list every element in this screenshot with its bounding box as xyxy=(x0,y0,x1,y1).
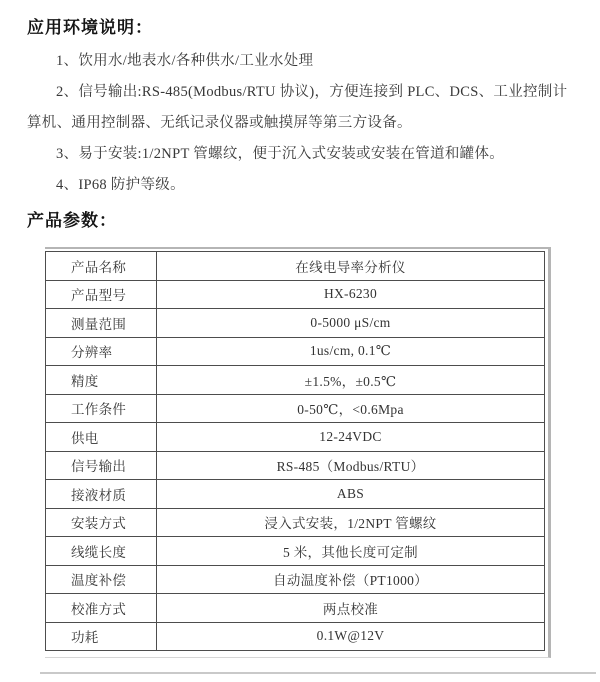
param-value-cell: HX-6230 xyxy=(157,280,545,309)
table-row: 分辨率1us/cm, 0.1℃ xyxy=(46,337,545,366)
param-value-cell: ±1.5%，±0.5℃ xyxy=(157,366,545,395)
table-row: 产品型号HX-6230 xyxy=(46,280,545,309)
param-label-cell: 安装方式 xyxy=(46,508,157,537)
param-label-cell: 校准方式 xyxy=(46,594,157,623)
document-page: 应用环境说明： 1、饮用水/地表水/各种供水/工业水处理2、信号输出:RS-48… xyxy=(0,0,600,682)
list-item: 4、IP68 防护等级。 xyxy=(27,170,575,201)
parameters-table: 产品名称在线电导率分析仪产品型号HX-6230测量范围0-5000 μS/cm分… xyxy=(45,251,545,651)
param-value-cell: ABS xyxy=(157,480,545,509)
table-row: 信号输出RS-485（Modbus/RTU） xyxy=(46,451,545,480)
param-label-cell: 精度 xyxy=(46,366,157,395)
param-value-cell: 5 米，其他长度可定制 xyxy=(157,537,545,566)
param-label-cell: 测量范围 xyxy=(46,309,157,338)
list-item: 2、信号输出:RS-485(Modbus/RTU 协议)，方便连接到 PLC、D… xyxy=(27,77,575,139)
param-value-cell: 0-5000 μS/cm xyxy=(157,309,545,338)
bottom-divider xyxy=(40,672,596,674)
param-label-cell: 产品型号 xyxy=(46,280,157,309)
table-row: 功耗0.1W@12V xyxy=(46,622,545,651)
table-row: 安装方式浸入式安装，1/2NPT 管螺纹 xyxy=(46,508,545,537)
param-value-cell: 0-50℃，<0.6Mpa xyxy=(157,394,545,423)
param-label-cell: 温度补偿 xyxy=(46,565,157,594)
param-label-cell: 产品名称 xyxy=(46,252,157,281)
table-row: 校准方式两点校准 xyxy=(46,594,545,623)
param-value-cell: 12-24VDC xyxy=(157,423,545,452)
param-label-cell: 接液材质 xyxy=(46,480,157,509)
param-label-cell: 线缆长度 xyxy=(46,537,157,566)
table-row: 接液材质ABS xyxy=(46,480,545,509)
section-title-parameters: 产品参数： xyxy=(27,209,575,233)
section-title-environment: 应用环境说明： xyxy=(27,16,575,40)
param-value-cell: RS-485（Modbus/RTU） xyxy=(157,451,545,480)
param-value-cell: 自动温度补偿（PT1000） xyxy=(157,565,545,594)
table-row: 线缆长度5 米，其他长度可定制 xyxy=(46,537,545,566)
param-label-cell: 分辨率 xyxy=(46,337,157,366)
param-value-cell: 在线电导率分析仪 xyxy=(157,252,545,281)
table-row: 测量范围0-5000 μS/cm xyxy=(46,309,545,338)
param-label-cell: 信号输出 xyxy=(46,451,157,480)
table-row: 产品名称在线电导率分析仪 xyxy=(46,252,545,281)
list-item: 3、易于安装:1/2NPT 管螺纹，便于沉入式安装或安装在管道和罐体。 xyxy=(27,139,575,170)
param-value-cell: 0.1W@12V xyxy=(157,622,545,651)
table-row: 精度±1.5%，±0.5℃ xyxy=(46,366,545,395)
environment-list: 1、饮用水/地表水/各种供水/工业水处理2、信号输出:RS-485(Modbus… xyxy=(27,46,575,201)
param-value-cell: 1us/cm, 0.1℃ xyxy=(157,337,545,366)
param-value-cell: 两点校准 xyxy=(157,594,545,623)
param-label-cell: 供电 xyxy=(46,423,157,452)
table-row: 工作条件0-50℃，<0.6Mpa xyxy=(46,394,545,423)
list-item: 1、饮用水/地表水/各种供水/工业水处理 xyxy=(27,46,575,77)
param-label-cell: 工作条件 xyxy=(46,394,157,423)
param-label-cell: 功耗 xyxy=(46,622,157,651)
table-row: 温度补偿自动温度补偿（PT1000） xyxy=(46,565,545,594)
table-row: 供电12-24VDC xyxy=(46,423,545,452)
parameters-table-container: 产品名称在线电导率分析仪产品型号HX-6230测量范围0-5000 μS/cm分… xyxy=(45,247,551,658)
param-value-cell: 浸入式安装，1/2NPT 管螺纹 xyxy=(157,508,545,537)
parameters-table-body: 产品名称在线电导率分析仪产品型号HX-6230测量范围0-5000 μS/cm分… xyxy=(46,252,545,651)
